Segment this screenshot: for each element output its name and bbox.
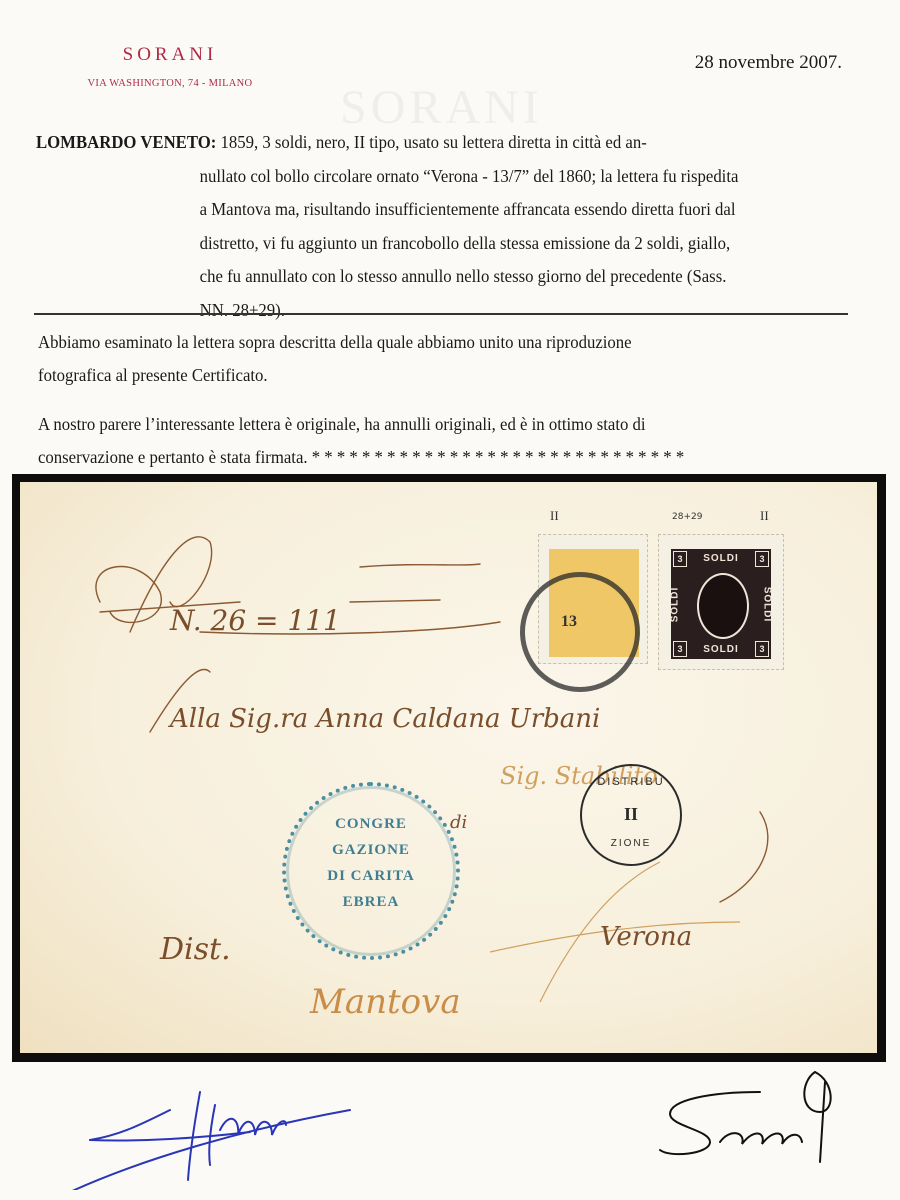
district-abbrev: Dist. <box>160 932 231 967</box>
stamp-3-soldi-black: 3 3 3 3 SOLDI SOLDI SOLDI SOLDI <box>658 534 784 670</box>
postmark-day: 13 <box>561 613 577 631</box>
brand-address: VIA WASHINGTON, 74 - MILANO <box>60 78 280 89</box>
description-line: distretto, vi fu aggiunto un francobollo… <box>36 227 848 261</box>
catalogue-numbers: 28+29 <box>672 512 702 522</box>
reference-number: N. 26 = 111 <box>170 604 341 637</box>
item-description: LOMBARDO VENETO: 1859, 3 soldi, nero, II… <box>36 126 848 327</box>
certificate-date: 28 novembre 2007. <box>695 52 842 74</box>
section-divider <box>34 313 848 315</box>
type-mark-left: II <box>550 508 559 524</box>
type-mark-right: II <box>760 508 769 524</box>
description-line: che fu annullato con lo stesso annullo n… <box>36 260 848 294</box>
brand-name: SORANI <box>60 44 280 66</box>
letter-photo: N. 26 = 111 Alla Sig.ra Anna Caldana Urb… <box>20 482 877 1053</box>
origin-verona: Verona <box>600 922 692 952</box>
stamp-black-design: 3 3 3 3 SOLDI SOLDI SOLDI SOLDI <box>671 549 771 659</box>
destination-mantova: Mantova <box>310 982 461 1022</box>
seal-congregazione: CONGRE GAZIONE DI CARITA EBREA <box>282 782 460 960</box>
description-line: NN. 28+29). <box>36 294 848 328</box>
description-line: nullato col bollo circolare ornato “Vero… <box>36 160 848 194</box>
examination-paragraph: Abbiamo esaminato la lettera sopra descr… <box>38 326 849 392</box>
postmark-verona: 13 <box>520 572 640 692</box>
signature-expert-right <box>650 1062 860 1177</box>
letter-photo-frame: N. 26 = 111 Alla Sig.ra Anna Caldana Urb… <box>12 474 886 1062</box>
letterhead: SORANI VIA WASHINGTON, 74 - MILANO <box>60 44 280 89</box>
postmark-distribuzione: DISTRIBU II ZIONE <box>580 764 682 866</box>
description-heading: LOMBARDO VENETO: <box>36 132 216 152</box>
signature-expert-left <box>60 1080 380 1195</box>
emperor-portrait <box>697 573 749 639</box>
opinion-paragraph: A nostro parere l’interessante lettera è… <box>38 408 849 474</box>
addressee-line1: Alla Sig.ra Anna Caldana Urbani <box>170 704 600 734</box>
description-line: LOMBARDO VENETO: 1859, 3 soldi, nero, II… <box>36 126 848 160</box>
description-line: a Mantova ma, risultando insufficienteme… <box>36 193 848 227</box>
